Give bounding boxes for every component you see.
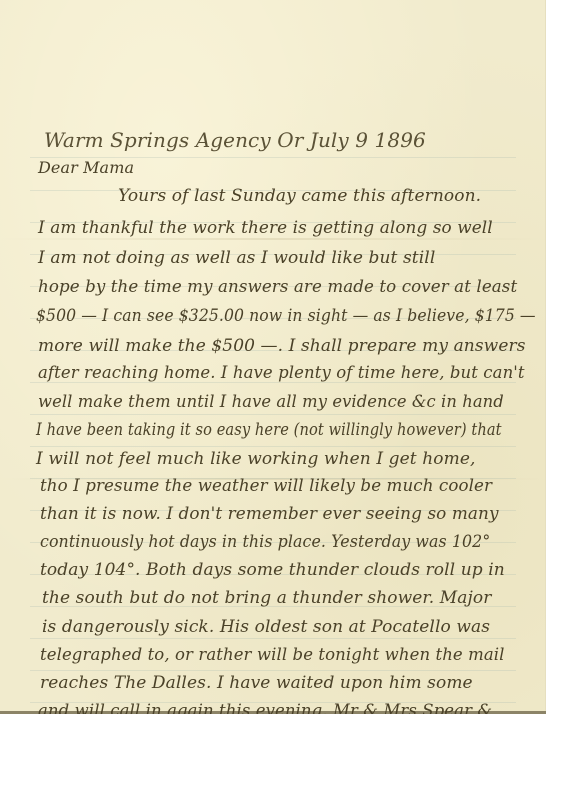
letter-line: than it is now. I don't remember ever se… (40, 504, 499, 524)
letter-line: tho I presume the weather will likely be… (40, 476, 492, 496)
letter-line: reaches The Dalles. I have waited upon h… (40, 673, 473, 693)
letter-line: and will call in again this evening. Mr … (38, 701, 492, 714)
letter-line: hope by the time my answers are made to … (38, 277, 517, 297)
letter-heading: Warm Springs Agency Or July 9 1896 (44, 128, 426, 152)
letter-line: I am thankful the work there is getting … (38, 218, 493, 238)
letter-line: more will make the $500 —. I shall prepa… (38, 336, 526, 356)
letter-line: is dangerously sick. His oldest son at P… (42, 617, 490, 637)
ruled-line (30, 414, 516, 415)
letter-line: $500 — I can see $325.00 now in sight — … (36, 306, 536, 326)
paper-fold-crease (0, 238, 546, 240)
letter-line: telegraphed to, or rather will be tonigh… (40, 645, 505, 665)
ruled-line (30, 670, 516, 671)
letter-page: Warm Springs Agency Or July 9 1896 Dear … (0, 0, 546, 714)
letter-salutation: Dear Mama (38, 158, 134, 177)
letter-line: I will not feel much like working when I… (36, 449, 476, 469)
letter-line: the south but do not bring a thunder sho… (42, 588, 491, 608)
ruled-line (30, 638, 516, 639)
letter-line: Yours of last Sunday came this afternoon… (118, 186, 518, 206)
letter-line: I have been taking it so easy here (not … (36, 420, 502, 440)
letter-line: after reaching home. I have plenty of ti… (38, 363, 525, 383)
letter-line: today 104°. Both days some thunder cloud… (40, 560, 505, 580)
letter-line: continuously hot days in this place. Yes… (40, 532, 490, 552)
letter-line: I am not doing as well as I would like b… (38, 248, 435, 268)
letter-line: well make them until I have all my evide… (38, 392, 504, 412)
ruled-line (30, 446, 516, 447)
